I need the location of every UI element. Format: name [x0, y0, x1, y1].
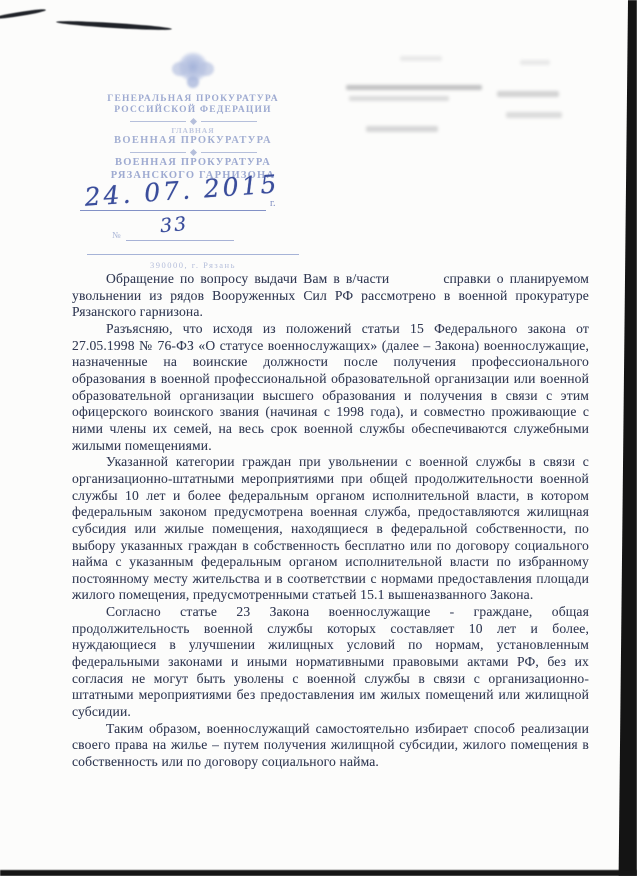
redacted-addressee-line [349, 96, 449, 101]
redacted-addressee-line [346, 85, 482, 90]
paragraph-3: Указанной категории граждан при увольнен… [72, 454, 589, 604]
date-underline [80, 210, 266, 211]
date-suffix: г. [270, 198, 275, 209]
paragraph-2: Разъясняю, что исходя из положений стать… [72, 321, 589, 454]
paragraph-1: Обращение по вопросу выдачи Вам в в/част… [72, 271, 589, 321]
paragraph-1-before: Обращение по вопросу выдачи Вам в в/част… [106, 271, 389, 286]
outgoing-number: № 33 [86, 220, 300, 246]
redacted-addressee-line [366, 126, 438, 132]
fold-mark [56, 19, 172, 31]
redacted-addressee-line [520, 60, 550, 65]
state-emblem-icon [170, 50, 216, 90]
address-rule [87, 254, 299, 255]
fold-mark [0, 8, 46, 20]
number-label: № [112, 230, 121, 240]
letterhead-separator [86, 150, 300, 155]
letterhead: ГЕНЕРАЛЬНАЯ ПРОКУРАТУРА РОССИЙСКОЙ ФЕДЕР… [86, 50, 300, 270]
handwritten-number: 33 [159, 213, 189, 237]
letterhead-separator [86, 119, 300, 124]
scanned-letter-page: ГЕНЕРАЛЬНАЯ ПРОКУРАТУРА РОССИЙСКОЙ ФЕДЕР… [0, 0, 637, 876]
letterhead-org-main: ГЛАВНАЯ [86, 126, 300, 135]
number-underline [126, 240, 234, 241]
redacted-addressee-line [506, 112, 562, 118]
letterhead-org-top: ГЕНЕРАЛЬНАЯ ПРОКУРАТУРА РОССИЙСКОЙ ФЕДЕР… [86, 94, 300, 116]
redacted-addressee-line [400, 56, 442, 61]
paragraph-5: Таким образом, военнослужащий самостояте… [72, 721, 589, 771]
redacted-addressee-line [497, 91, 559, 97]
letterhead-address: 390000, г. Рязань [86, 260, 300, 270]
letter-body: Обращение по вопросу выдачи Вам в в/част… [72, 271, 589, 771]
scan-edge-bottom [0, 870, 637, 876]
scan-edge-right [617, 0, 637, 876]
paragraph-4: Согласно статье 23 Закона военнослужащие… [72, 604, 589, 721]
date-stamp: 24. 07. 2015 г. [80, 184, 300, 218]
letterhead-org-main2: ВОЕННАЯ ПРОКУРАТУРА [86, 135, 300, 147]
